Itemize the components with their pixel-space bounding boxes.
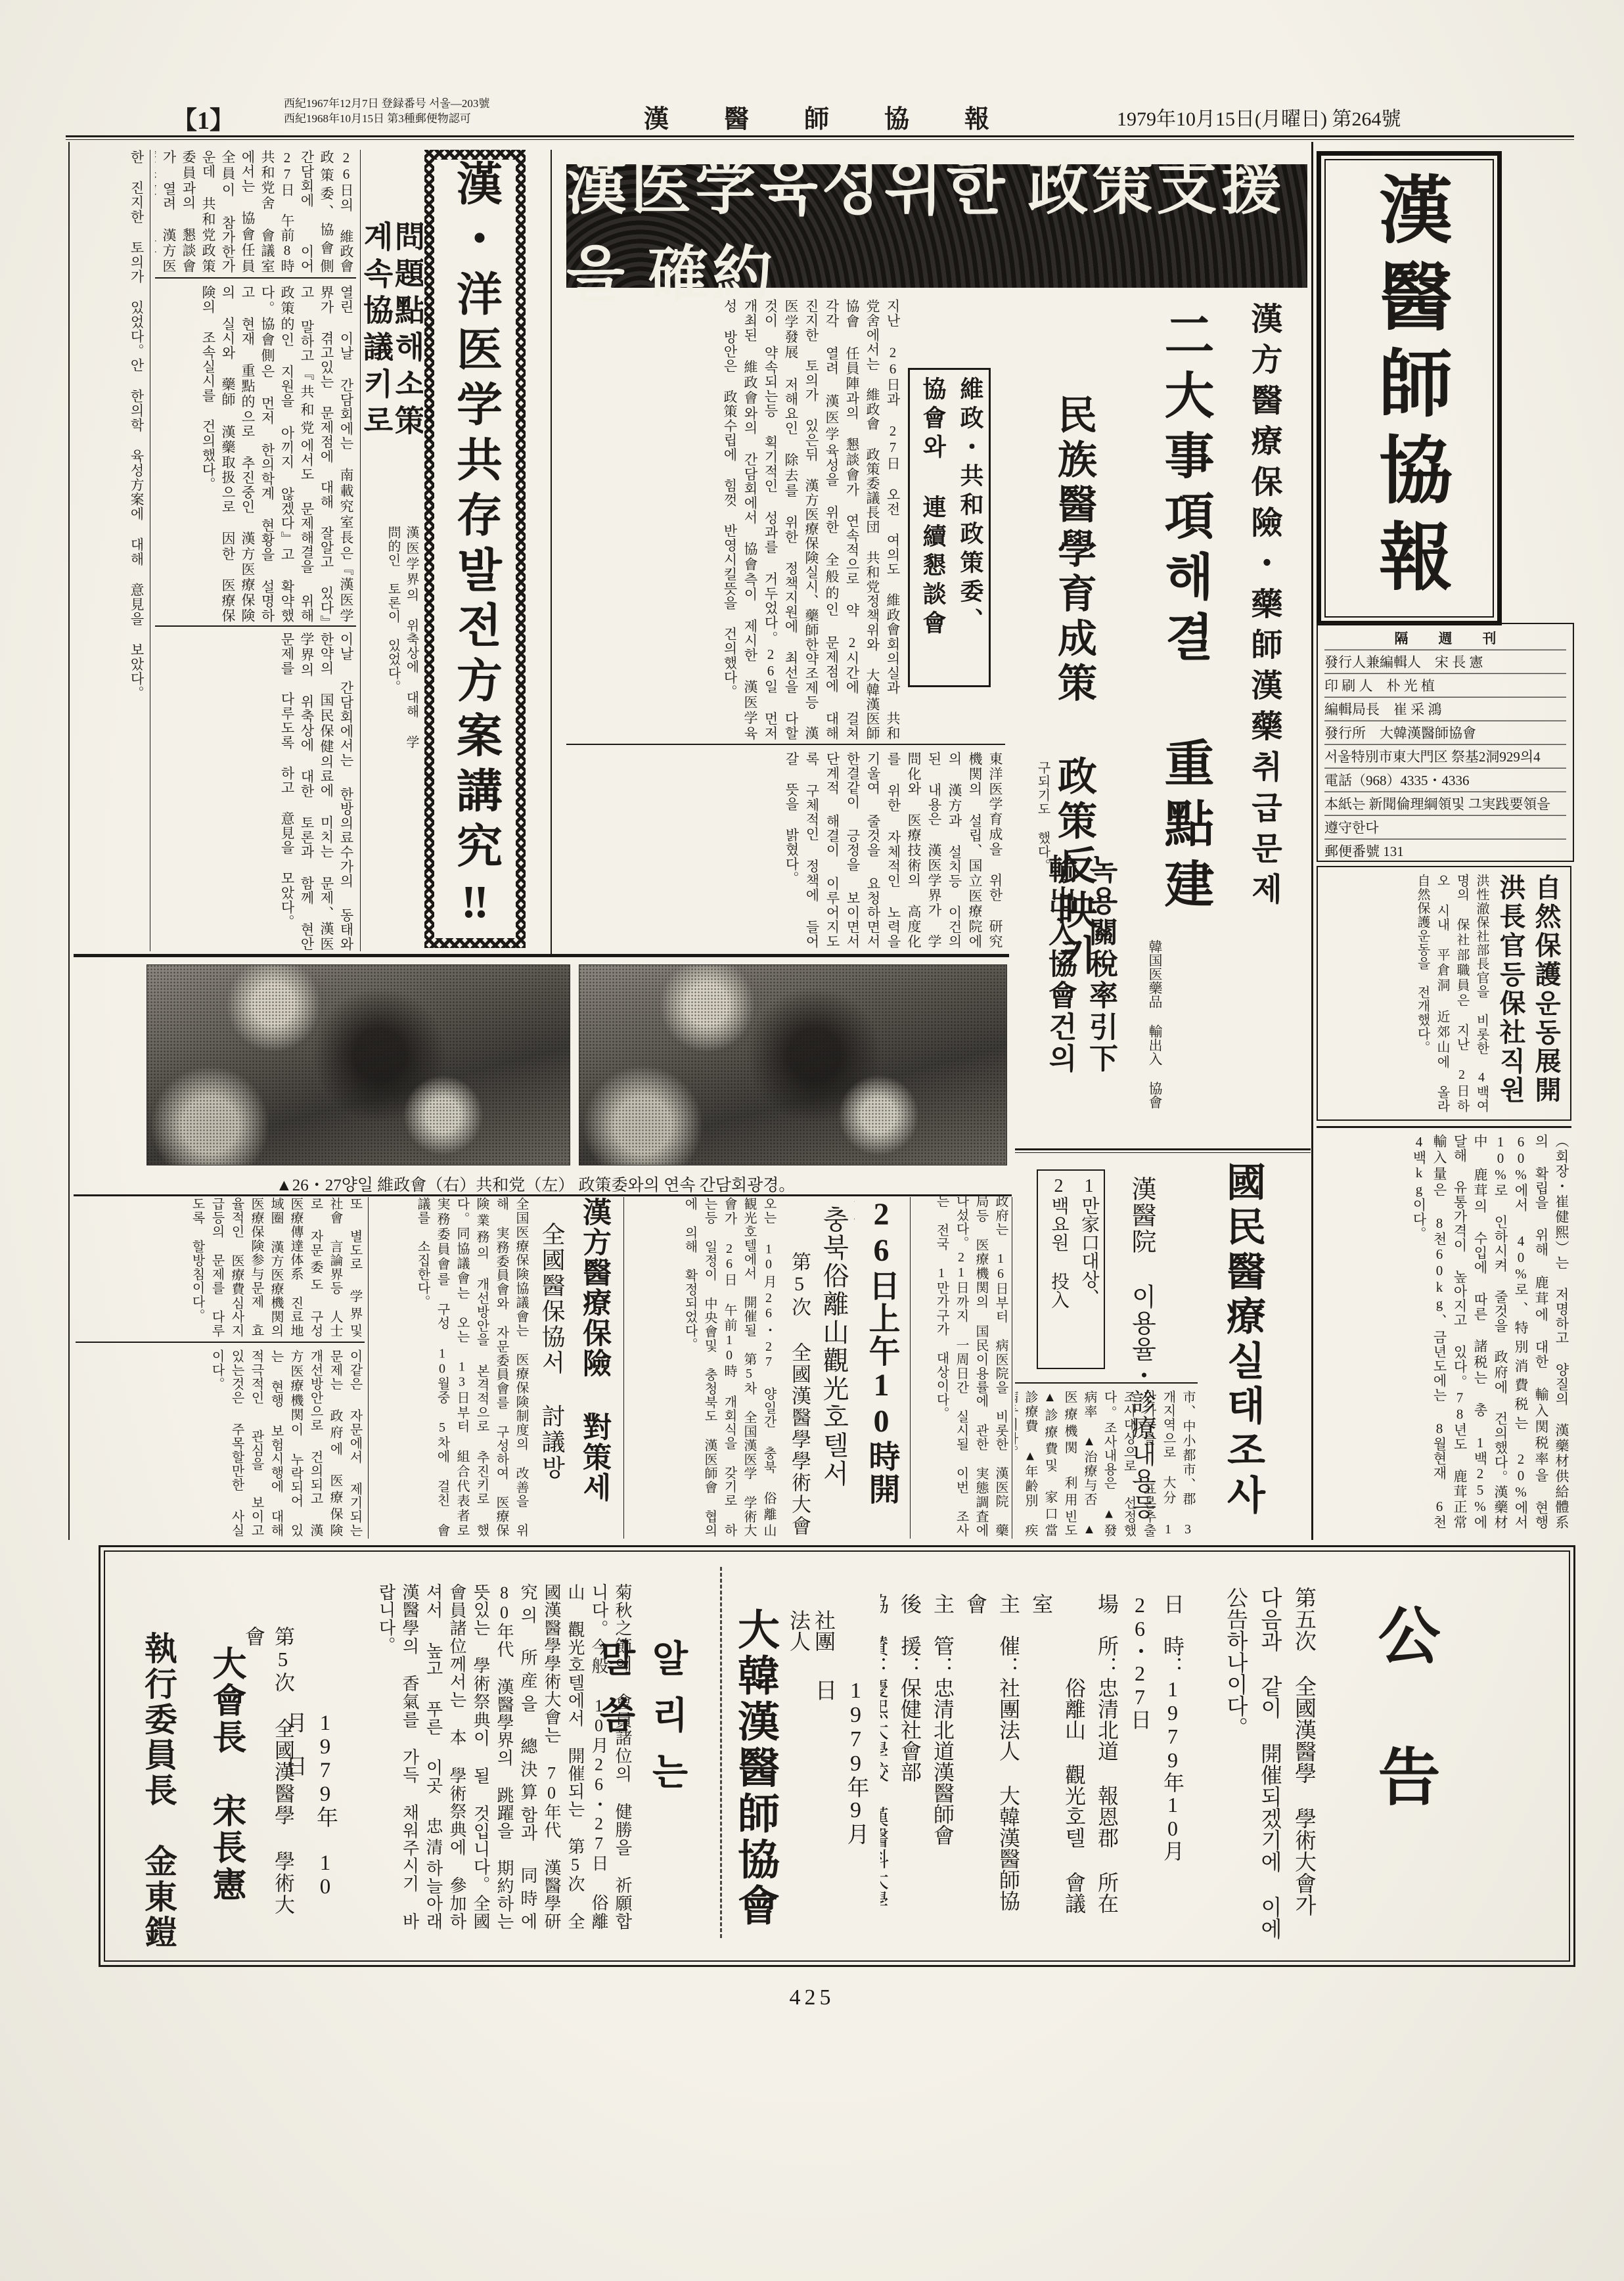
- left-article-headline: 問題點해소策 계속協議키로: [360, 221, 423, 503]
- survey-top-rule: [1015, 1148, 1311, 1153]
- left-article-body-bottom: 이날 간담회에서는 한방의료수가의 동태와 한약의 国民保健의료에 미치는 문제…: [155, 632, 356, 951]
- caption-bottom-rule: [74, 1194, 1012, 1196]
- congress-body: 오는 10月26・27 양일간 충북 俗離山 観光호텔에서 開催될 第5차 全国…: [641, 1197, 778, 1537]
- photo-caption: ▲26・27양일 維政會（右）共和党（左） 政策委와의 연속 간담회광경。: [276, 1172, 946, 1196]
- nature-article-headline: 自然保護운동展開 洪長官등保社직원: [1491, 874, 1564, 1113]
- lower-rule-2: [623, 1197, 624, 1539]
- photo-top-rule: [74, 954, 1009, 957]
- main-article-body: 지난 26日과 27日 오전 여의도 維政會회의실과 共和党舍에서는 維政會 政…: [566, 299, 903, 740]
- masthead-logo-box: 漢醫師協報: [1317, 151, 1502, 625]
- insurance-body-3: 이같은 자문에서 제기되는 문제는 政府에 医療保険 개선방안으로 건의되고 漢…: [76, 1349, 365, 1537]
- left-edge-continuation-text: 한 진지한 토의가 있었다。안 한의학 육성方案에 대해 意見을 보았다。: [75, 150, 147, 950]
- insurance-body: 全国医療保険協議會는 医療保険制度의 改善을 위해 実務委員會와 자문委員會를 …: [394, 1197, 531, 1537]
- insurance-headline: 漢方醫療保險 對策세워: [573, 1197, 615, 1531]
- lower-rule-4: [1012, 1197, 1012, 1539]
- masthead-section-rule: [1317, 1126, 1571, 1128]
- main-article-body-lower: 東洋医学育成을 위한 研究機関의 설립、国立医療院에의 漢方과 설치등 이건의된…: [566, 752, 1005, 949]
- nature-article-body: 洪性澈保社部長官을 비롯한 4백여명의 保社部職員은 지난 2日하오 시내 平倉…: [1324, 874, 1491, 1113]
- issue-date: 1979年10月15日(月曜日) 第264號: [1117, 102, 1401, 131]
- newspaper-title: 漢醫師協報: [644, 99, 1045, 135]
- column-rule-3: [551, 150, 552, 954]
- column-rule-1: [150, 150, 150, 951]
- survey-box-subheadline-frame: 1만家口대상、 2백요원 投入: [1037, 1169, 1105, 1369]
- congress-subheadline: 충북俗離山觀光호텔서: [820, 1206, 853, 1498]
- signature-president: 大會長 宋長憲: [201, 1646, 250, 1915]
- announcement-schedule: 日 時：1979年10月26・27日 場 所：忠清北道 報恩郡 所在 俗離山 觀…: [880, 1593, 1189, 1925]
- main-article-kicker-box: 維政・共和政策委、 協會와 連續懇談會: [908, 368, 991, 687]
- registration-lines: 西紀1967年12月7日 登録番号 서울—203號 西紀1968年10月15日 …: [284, 96, 489, 126]
- main-article-rule: [566, 744, 1005, 745]
- main-headline-insurance-issue: 漢方醫療保險・藥師漢藥취급문제: [1243, 302, 1286, 953]
- masthead-column-rule: [1311, 142, 1313, 1540]
- congress-subheadline-2: 第5次 全國漢醫學學術大會: [783, 1252, 813, 1537]
- page-number-marker: 【1】: [172, 100, 235, 136]
- antler-article-lead: 韓国医藥品 輸出入 協會: [1131, 939, 1164, 1156]
- survey-box-subheadline: 1만家口대상、 2백요원 投入: [1038, 1171, 1104, 1368]
- survey-headline: 國民醫療실태조사: [1202, 1162, 1271, 1537]
- masthead-publisher-rows: 發行人兼編輯人 宋 長 憲 印 刷 人 朴 光 植 編輯局長 崔 采 鴻 發行所…: [1324, 650, 1566, 863]
- ornate-banner-paper: 漢・洋医学共存발전方案講究‼: [434, 160, 516, 938]
- main-banner-headline: 漢医学육성위한 政策支援을 確約: [566, 164, 1307, 288]
- left-margin-rule: [68, 142, 70, 1540]
- left-article-rule-2: [155, 625, 356, 627]
- nature-article-box: 自然保護운동展開 洪長官등保社직원 洪性澈保社部長官을 비롯한 4백여명의 保社…: [1317, 866, 1571, 1121]
- ornate-banner-text: 漢・洋医学共存발전方案講究‼: [442, 160, 508, 938]
- announcement-org-name: 大韓漢醫師協會: [725, 1608, 785, 1943]
- masthead-logo: 漢醫師協報: [1357, 171, 1462, 605]
- announcement-box: 公告 第五次 全國漢醫學 學術大會가 다음과 같이 開催되겠기에 이에 公告하나…: [99, 1545, 1575, 1967]
- survey-inner-rule: [1015, 1382, 1198, 1384]
- left-article-body-mid: 열린 이날 간담회에는 南載究室長은『漢医学界가 겪고있는 문제점에 대해 잘알…: [155, 285, 356, 623]
- photo-gonghwadang-meeting: [579, 964, 1007, 1165]
- left-article-rule-1: [155, 277, 356, 279]
- congress-headline: 26日上午10時開幕: [854, 1197, 904, 1529]
- announcement-intro: 第五次 全國漢醫學 學術大會가 다음과 같이 開催되겠기에 이에 公告하나이다。: [1209, 1587, 1320, 1941]
- masthead-period: 隔週刊: [1324, 627, 1566, 650]
- survey-lead: 政府는 16日부터 病医院을 비롯한 漢医院 藥局등 医療機関의 国民이용률에 …: [914, 1194, 1010, 1537]
- signature-executive-chairman: 執行委員長 金東鎧: [135, 1631, 182, 1956]
- insurance-subheadline: 全國醫保協서 討議방침: [539, 1222, 569, 1488]
- lower-rule-1: [368, 1197, 369, 1539]
- insurance-inner-rule: [76, 1342, 365, 1343]
- announcement-org-prefix: 社團 法人: [788, 1610, 836, 1715]
- announcement-divider: [720, 1567, 722, 1938]
- masthead-info-box: 隔週刊 發行人兼編輯人 宋 長 憲 印 刷 人 朴 光 植 編輯局長 崔 采 鴻…: [1317, 623, 1574, 862]
- left-article-side-note: 漢医学界의 위축상에 대해 学問的인 토론이 있었다。: [368, 526, 420, 749]
- antler-article-headline: 녹용關稅率引下 輸出入協會건의: [1038, 854, 1121, 1081]
- newspaper-page: 【1】 西紀1967年12月7日 登録番号 서울—203號 西紀1968年10月…: [0, 0, 1624, 2281]
- antler-article-body: （회장・崔健熙）는 저명하고 양질의 漢藥材供給體系의 확립을 위해 鹿茸에 대…: [1317, 1134, 1571, 1529]
- main-headline-two-items: 二大事項해결 重點建議: [1158, 309, 1221, 966]
- photo-uijeonghoe-meeting: [147, 964, 570, 1165]
- survey-body: 市、中小都市、郡 3개지역으로 大分 1만가구를 표본추출 조사대상으로 선정했…: [1015, 1390, 1198, 1537]
- page-number: 425: [0, 1985, 1624, 2010]
- announcement-title: 公告: [1359, 1603, 1449, 1905]
- ornate-banner-frame: 漢・洋医学共存발전方案講究‼: [424, 150, 526, 948]
- notice-body: 菊秋之節에 會員諸位의 健勝을 祈願합니다。今般 10月26・27日 俗離山 觀…: [351, 1583, 634, 1930]
- main-article-kicker: 維政・共和政策委、 協會와 連續懇談會: [910, 370, 989, 685]
- insurance-body-2: 또 별도로 学界및 社會 言論界등 人士로 자문委도 구성 医療傳達体系 진료地…: [76, 1197, 365, 1338]
- left-article-body-top: 26日의 維政會 政策委、協會側 간담회에 이어 27日 午前8時 共和党舍 會…: [155, 150, 356, 273]
- lower-rule-3: [910, 1197, 911, 1539]
